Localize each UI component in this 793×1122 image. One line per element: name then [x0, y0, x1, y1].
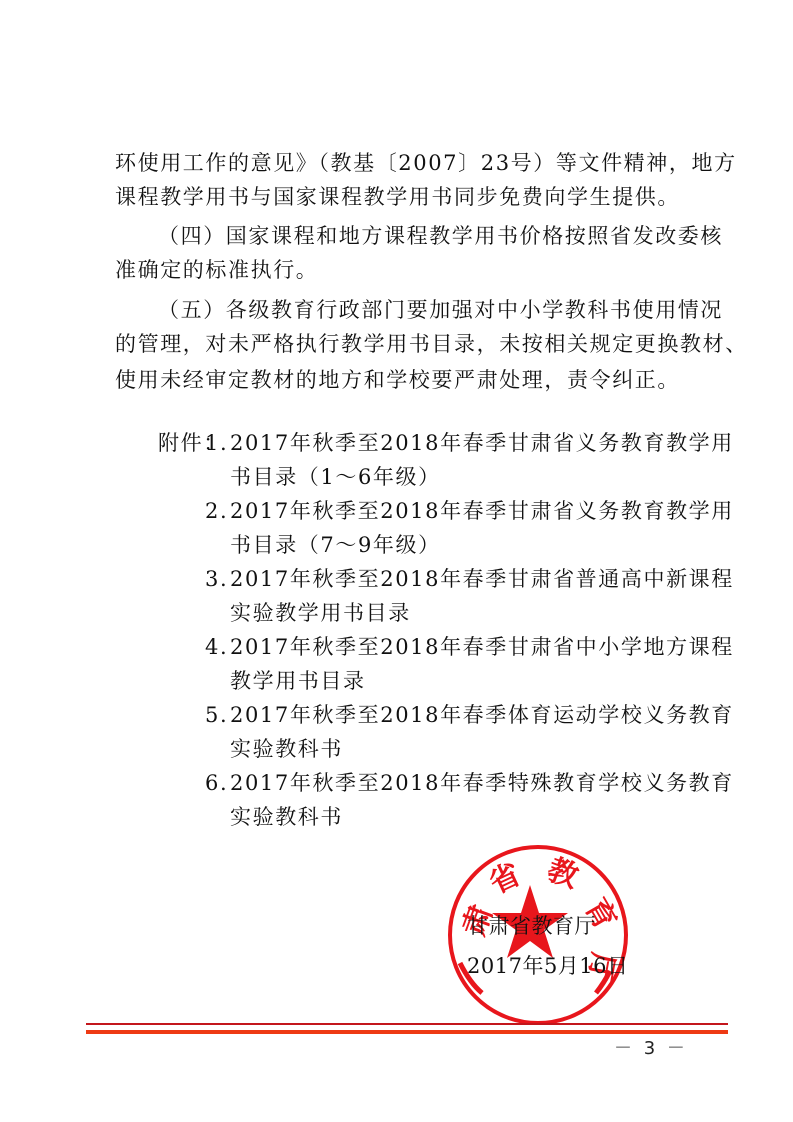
attachment-5-line-2: 实验教科书: [230, 736, 343, 762]
attachment-3-num: 3.: [205, 566, 228, 592]
attachment-1-line-2: 书目录（1～6年级）: [230, 464, 441, 490]
attachment-6-num: 6.: [205, 770, 228, 796]
attachment-2-line-1: 2017年秋季至2018年春季甘肃省义务教育教学用: [230, 498, 734, 524]
paragraph-3-line-2: 课程教学用书与国家课程教学用书同步免费向学生提供。: [115, 184, 680, 210]
attachment-4-line-1: 2017年秋季至2018年春季甘肃省中小学地方课程: [230, 634, 734, 660]
paragraph-3-line-1: 环使用工作的意见》（教基〔2007〕23号）等文件精神，地方: [115, 150, 737, 176]
attachment-4-num: 4.: [205, 634, 228, 660]
attachment-2-line-2: 书目录（7～9年级）: [230, 532, 441, 558]
svg-text:省: 省: [484, 857, 526, 901]
paragraph-4-line-2: 准确定的标准执行。: [115, 257, 318, 283]
attachment-6-line-2: 实验教科书: [230, 804, 343, 830]
paragraph-5-line-3: 使用未经审定教材的地方和学校要严肃处理，责令纠正。: [115, 367, 680, 393]
attachment-3-line-2: 实验教学用书目录: [230, 600, 411, 626]
attachment-3-line-1: 2017年秋季至2018年春季甘肃省普通高中新课程: [230, 566, 734, 592]
issuing-organization: 甘肃省教育厅: [467, 913, 596, 939]
attachment-4-line-2: 教学用书目录: [230, 668, 366, 694]
attachment-5-line-1: 2017年秋季至2018年春季体育运动学校义务教育: [230, 702, 734, 728]
footer-rule-thick: [86, 1030, 728, 1034]
paragraph-5-line-2: 的管理，对未严格执行教学用书目录，未按相关规定更换教材、: [115, 331, 748, 357]
attachment-2-num: 2.: [205, 498, 228, 524]
attachment-6-line-1: 2017年秋季至2018年春季特殊教育学校义务教育: [230, 770, 734, 796]
svg-text:教: 教: [543, 852, 584, 895]
footer-rule-thin: [86, 1023, 728, 1025]
attachment-5-num: 5.: [205, 702, 228, 728]
attachment-1-line-1: 2017年秋季至2018年春季甘肃省义务教育教学用: [230, 430, 734, 456]
issue-date: 2017年5月16日: [467, 953, 629, 979]
attachment-1-num: 1.: [205, 430, 228, 456]
page-number: － 3 －: [614, 1038, 688, 1060]
paragraph-5-line-1: （五）各级教育行政部门要加强对中小学教科书使用情况: [158, 297, 723, 323]
paragraph-4-line-1: （四）国家课程和地方课程教学用书价格按照省发改委核: [158, 223, 723, 249]
